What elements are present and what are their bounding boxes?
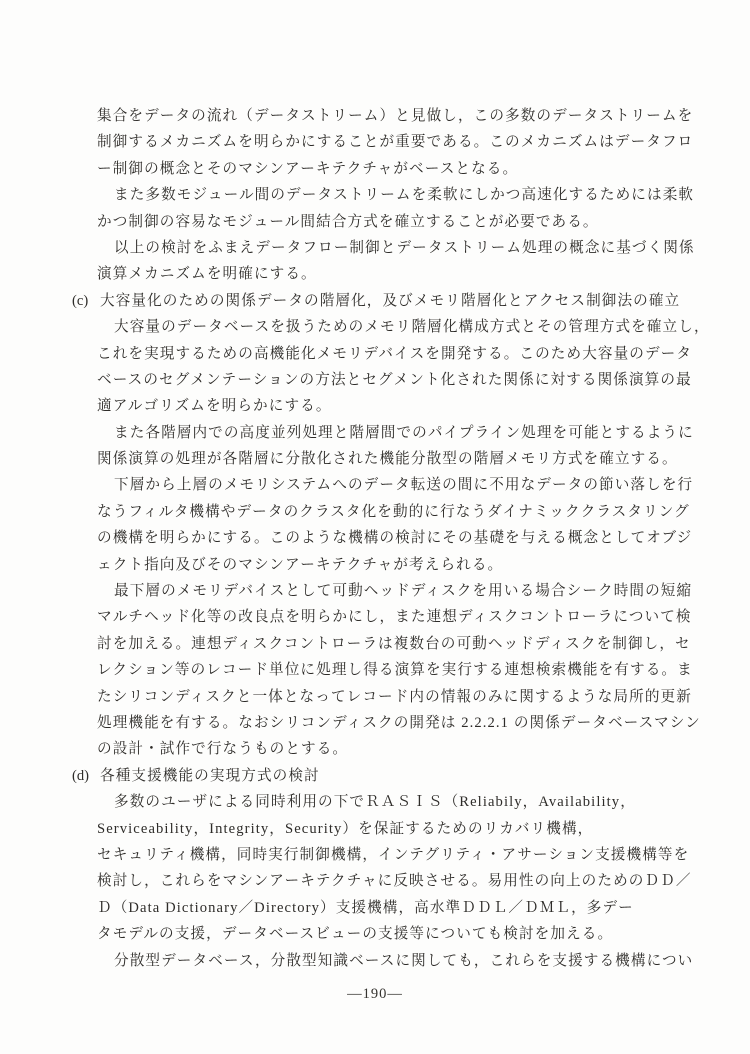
section-heading-line: (d)各種支援機能の実現方式の検討	[0, 763, 750, 789]
text-line: 演算メカニズムを明確にする。	[0, 261, 750, 287]
section-heading-text: 各種支援機能の実現方式の検討	[100, 768, 320, 784]
text-line: ベースのセグメンテーションの方法とセグメント化された関係に対する関係演算の最	[0, 367, 750, 393]
section-heading-line: (c)大容量化のための関係データの階層化，及びメモリ階層化とアクセス制御法の確立	[0, 288, 750, 314]
text-line: 討を加える。連想ディスクコントローラは複数台の可動ヘッドディスクを制御し，セ	[0, 631, 750, 657]
text-line: レクション等のレコード単位に処理し得る演算を実行する連想検索機能を有する。ま	[0, 657, 750, 683]
text-line: マルチヘッド化等の改良点を明らかにし，また連想ディスクコントローラについて検	[0, 604, 750, 630]
text-line: また各階層内での高度並列処理と階層間でのパイプライン処理を可能とするように	[0, 420, 750, 446]
text-line: タモデルの支援，データベースビューの支援等についても検討を加える。	[0, 921, 750, 947]
text-line: Serviceability，Integrity，Security）を保証するた…	[0, 816, 750, 842]
section-label: (c)	[72, 288, 100, 314]
document-page: 集合をデータの流れ（データストリーム）と見做し，この多数のデータストリームを制御…	[0, 0, 750, 1054]
text-line: 集合をデータの流れ（データストリーム）と見做し，この多数のデータストリームを	[0, 103, 750, 129]
text-line: 関係演算の処理が各階層に分散化された機能分散型の階層メモリ方式を確立する。	[0, 446, 750, 472]
text-line: 処理機能を有する。なおシリコンディスクの開発は 2.2.2.1 の関係データベー…	[0, 710, 750, 736]
text-line: の機構を明らかにする。このような機構の検討にその基礎を与える概念としてオブジ	[0, 525, 750, 551]
text-line: また多数モジュール間のデータストリームを柔軟にしかつ高速化するためには柔軟	[0, 182, 750, 208]
text-line: Ｄ（Data Dictionary／Directory）支援機構，高水準ＤＤＬ／…	[0, 895, 750, 921]
document-body: 集合をデータの流れ（データストリーム）と見做し，この多数のデータストリームを制御…	[0, 103, 750, 974]
text-line: 制御するメカニズムを明らかにすることが重要である。このメカニズムはデータフロ	[0, 129, 750, 155]
text-line: 大容量のデータベースを扱うためのメモリ階層化構成方式とその管理方式を確立し，	[0, 314, 750, 340]
text-line: の設計・試作で行なうものとする。	[0, 736, 750, 762]
text-line: かつ制御の容易なモジュール間結合方式を確立することが必要である。	[0, 209, 750, 235]
section-heading-text: 大容量化のための関係データの階層化，及びメモリ階層化とアクセス制御法の確立	[100, 293, 680, 309]
text-line: 最下層のメモリデバイスとして可動ヘッドディスクを用いる場合シーク時間の短縮	[0, 578, 750, 604]
text-line: 下層から上層のメモリシステムへのデータ転送の間に不用なデータの節い落しを行	[0, 472, 750, 498]
text-line: たシリコンディスクと一体となってレコード内の情報のみに関するような局所的更新	[0, 684, 750, 710]
text-line: 分散型データベース，分散型知識ベースに関しても，これらを支援する機構につい	[0, 948, 750, 974]
text-line: これを実現するための高機能化メモリデバイスを開発する。このため大容量のデータ	[0, 341, 750, 367]
page-number: —190—	[0, 986, 750, 1003]
text-line: 多数のユーザによる同時利用の下でＲＡＳＩＳ（Reliabily，Availabi…	[0, 789, 750, 815]
text-line: ェクト指向及びそのマシンアーキテクチャが考えられる。	[0, 552, 750, 578]
section-label: (d)	[72, 763, 100, 789]
text-line: セキュリティ機構，同時実行制御機構，インテグリティ・アサーション支援機構等を	[0, 842, 750, 868]
text-line: 適アルゴリズムを明らかにする。	[0, 393, 750, 419]
text-line: 検討し，これらをマシンアーキテクチャに反映させる。易用性の向上のためのＤＤ／	[0, 868, 750, 894]
text-line: 以上の検討をふまえデータフロー制御とデータストリーム処理の概念に基づく関係	[0, 235, 750, 261]
text-line: なうフィルタ機構やデータのクラスタ化を動的に行なうダイナミッククラスタリング	[0, 499, 750, 525]
text-line: ー制御の概念とそのマシンアーキテクチャがベースとなる。	[0, 156, 750, 182]
